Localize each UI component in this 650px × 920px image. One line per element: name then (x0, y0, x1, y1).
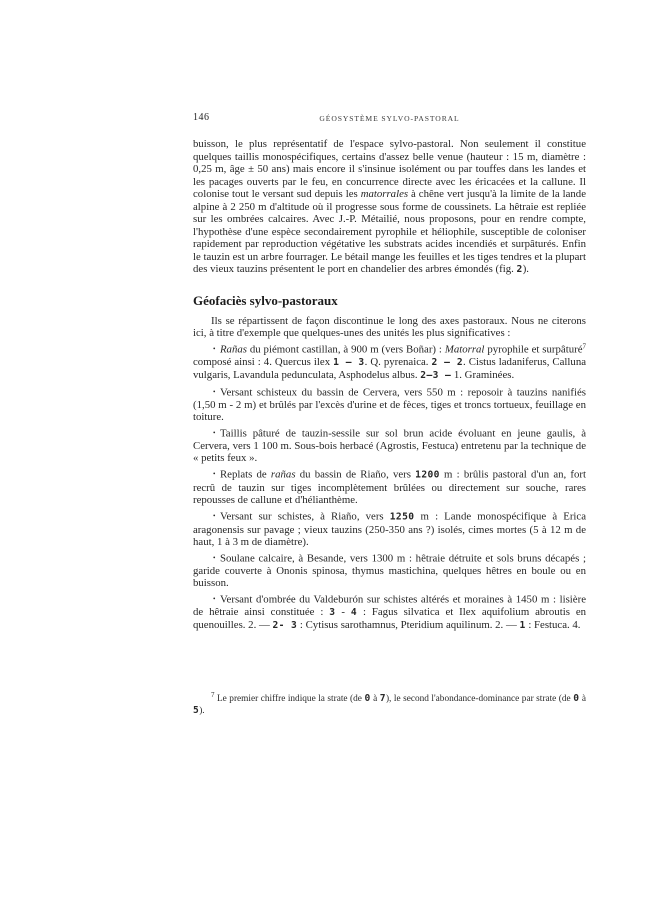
page-number: 146 (193, 112, 210, 123)
list-item-versant-riano: •Versant sur schistes, à Riaño, vers 125… (193, 510, 586, 549)
body-paragraph-tauzin: buisson, le plus représentatif de l'espa… (193, 138, 586, 277)
page-header: 146 GÉOSYSTÈME SYLVO-PASTORAL (193, 112, 586, 123)
list-item-replats-riano: •Replats de rañas du bassin de Riaño, ve… (193, 468, 586, 507)
body-paragraph-intro: Ils se répartissent de façon discontinue… (193, 315, 586, 340)
text-column: 146 GÉOSYSTÈME SYLVO-PASTORAL buisson, l… (193, 112, 586, 718)
section-heading: Géofaciès sylvo-pastoraux (193, 293, 586, 308)
list-item-versant-cervera: •Versant schisteux du bassin de Cervera,… (193, 386, 586, 424)
list-item-taillis-pature: •Taillis pâturé de tauzin-sessile sur so… (193, 427, 586, 465)
list-item-ranas-castillan: •Rañas du piémont castillan, à 900 m (ve… (193, 343, 586, 383)
list-item-soulane-besande: •Soulane calcaire, à Besande, vers 1300 … (193, 552, 586, 590)
list-item-valdeburon: •Versant d'ombrée du Valdeburón sur schi… (193, 593, 586, 633)
book-page: 146 GÉOSYSTÈME SYLVO-PASTORAL buisson, l… (0, 0, 650, 920)
footnote: 7 Le premier chiffre indique la strate (… (193, 693, 586, 718)
running-title: GÉOSYSTÈME SYLVO-PASTORAL (193, 112, 586, 123)
